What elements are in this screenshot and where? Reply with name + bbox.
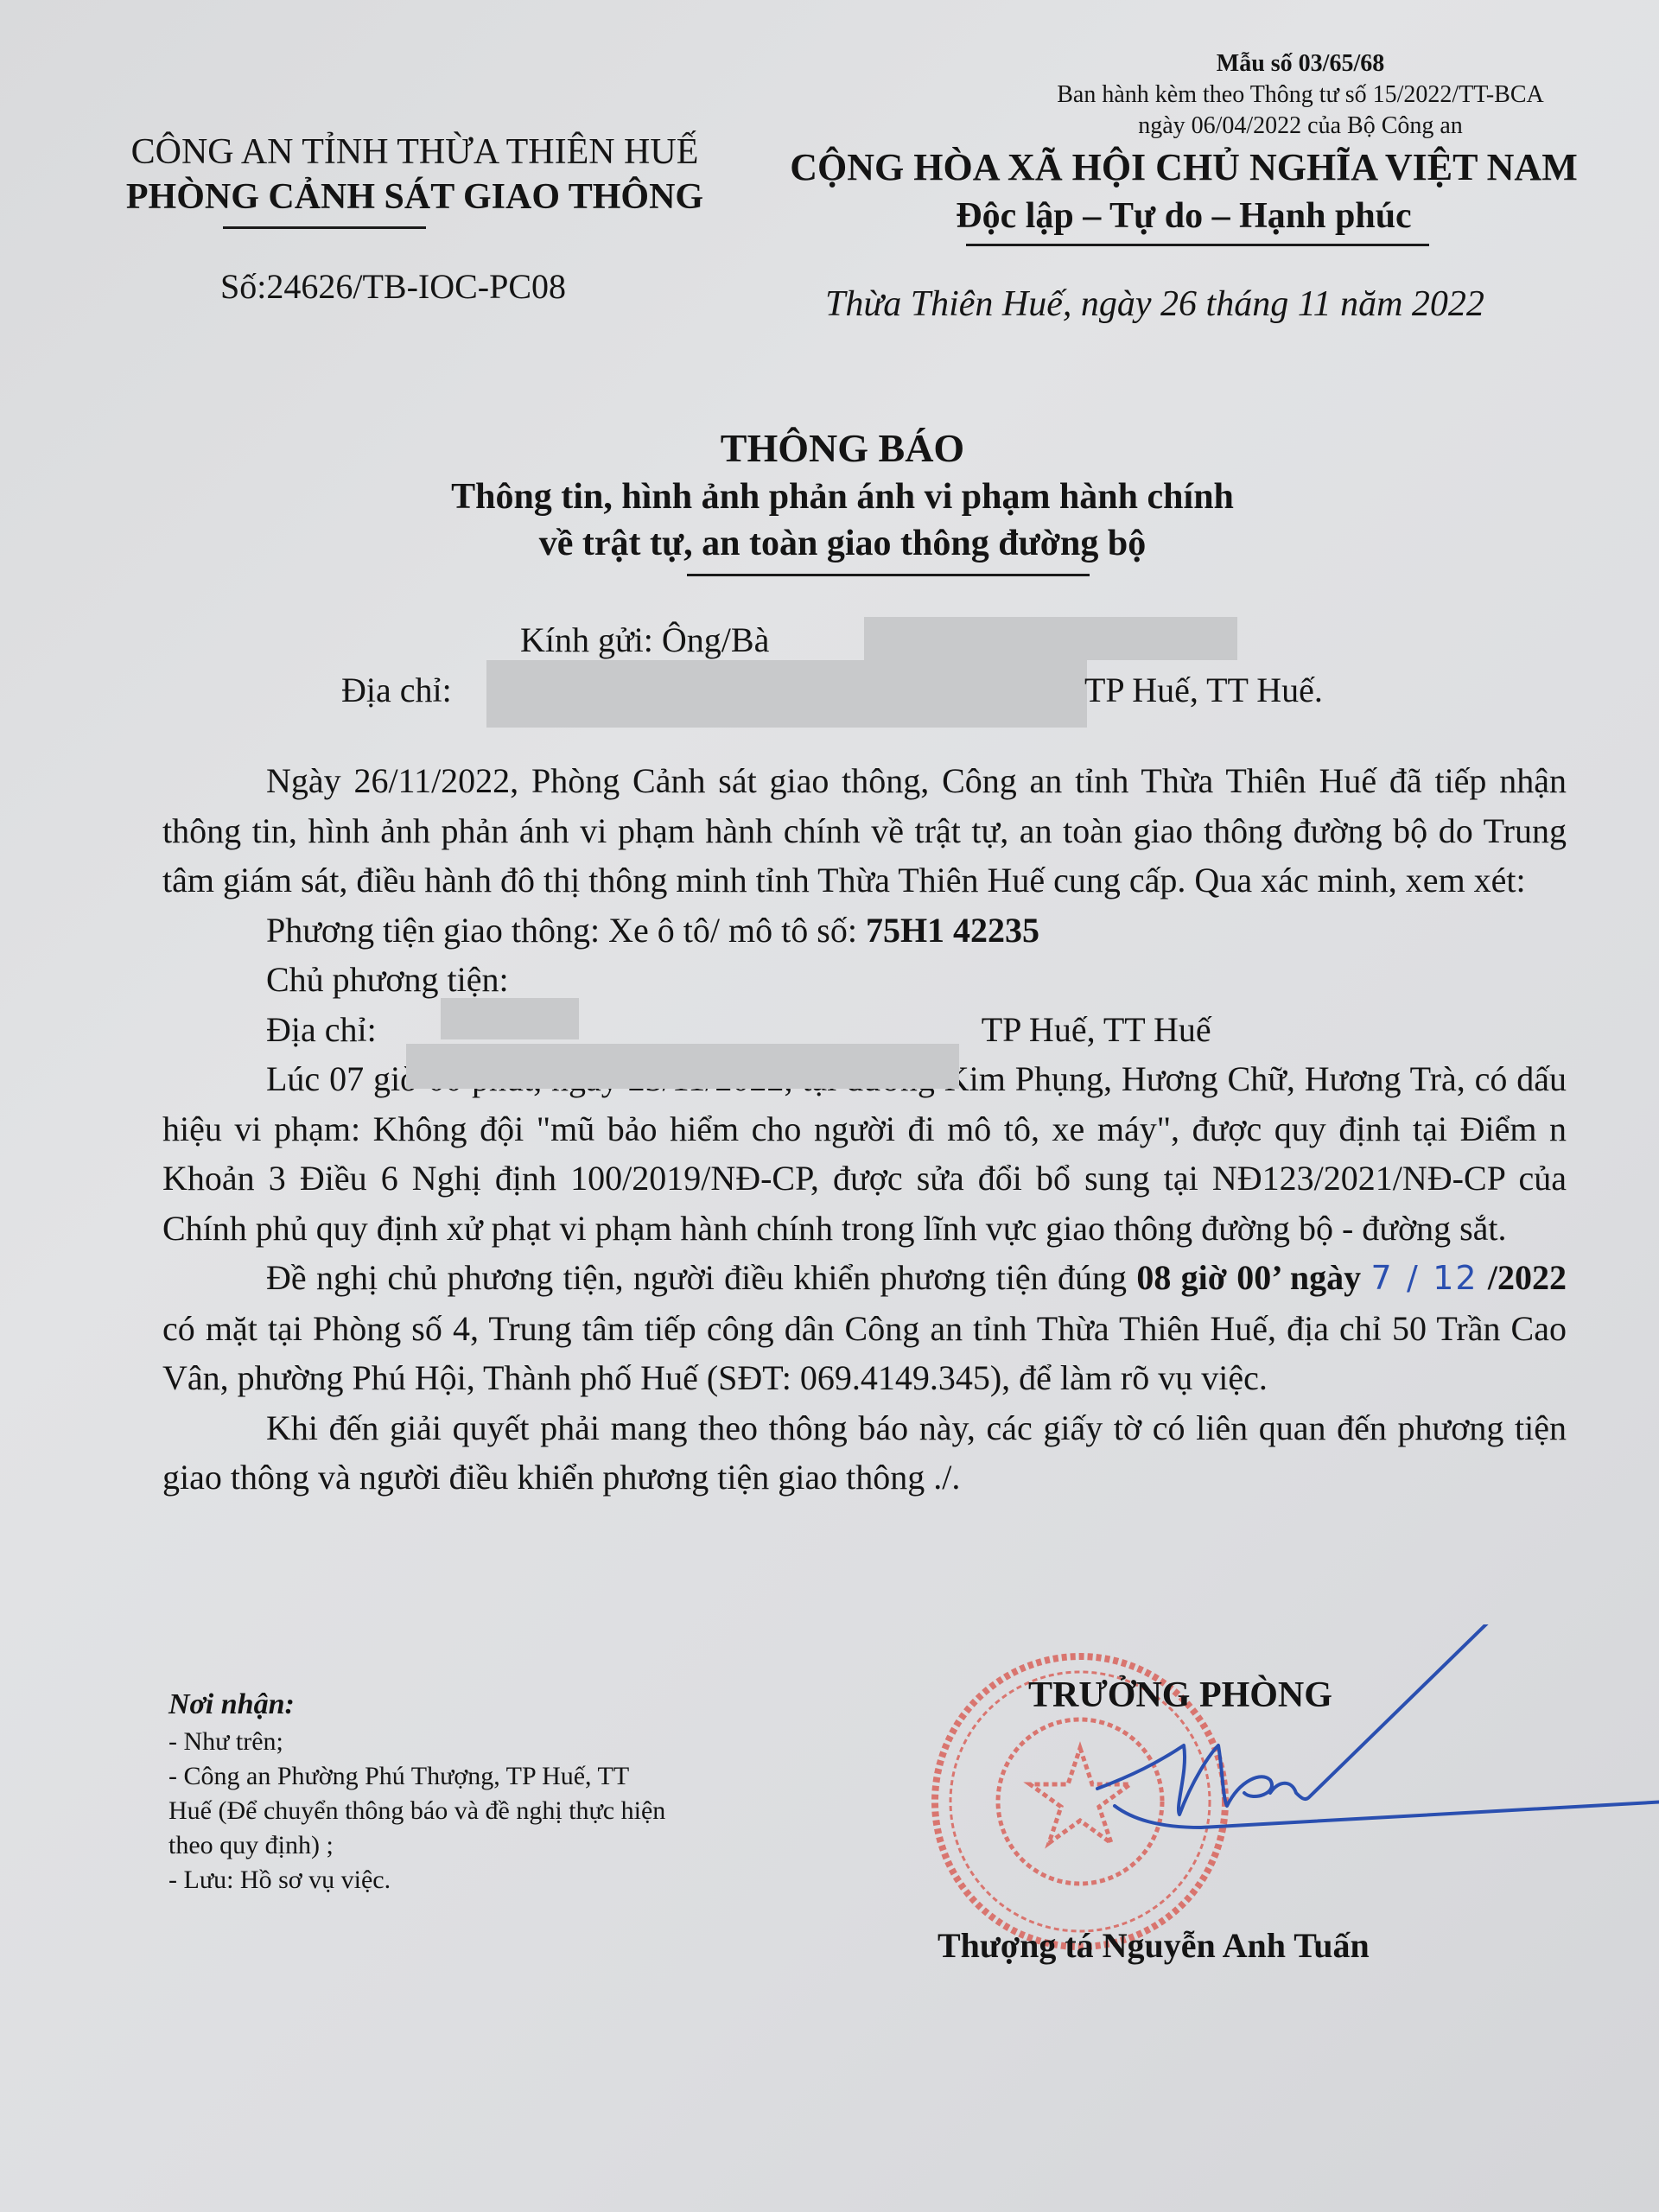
place-and-date: Thừa Thiên Huế, ngày 26 tháng 11 năm 202… bbox=[825, 283, 1484, 325]
vehicle-line: Phương tiện giao thông: Xe ô tô/ mô tô s… bbox=[162, 906, 1567, 956]
recipient-item: Huế (Để chuyển thông báo và đề nghị thực… bbox=[168, 1794, 825, 1828]
address-suffix: TP Huế, TT Huế. bbox=[1084, 665, 1323, 715]
document-title: THÔNG BÁO Thông tin, hình ảnh phản ánh v… bbox=[346, 423, 1339, 567]
owner-address-suffix: TP Huế, TT Huế bbox=[982, 1010, 1211, 1049]
redacted-recipient-name bbox=[864, 617, 1237, 660]
appointment-time: 08 giờ 00’ ngày bbox=[1136, 1258, 1361, 1297]
appointment-year: /2022 bbox=[1488, 1258, 1567, 1297]
title-divider bbox=[687, 574, 1090, 576]
document-number: Số:24626/TB-IOC-PC08 bbox=[220, 266, 566, 307]
handwritten-date: 7 / 12 bbox=[1370, 1259, 1478, 1297]
greeting-label: Kính gửi: Ông/Bà bbox=[520, 615, 769, 664]
motto-divider bbox=[966, 244, 1429, 246]
recipient-item: - Công an Phường Phú Thượng, TP Huế, TT bbox=[168, 1759, 825, 1794]
form-issued-date: ngày 06/04/2022 của Bộ Công an bbox=[959, 111, 1642, 142]
address-label: Địa chỉ: bbox=[341, 665, 452, 715]
redacted-recipient-address bbox=[486, 660, 1087, 728]
redacted-owner-name bbox=[441, 998, 579, 1039]
handwritten-signature-icon bbox=[1011, 1624, 1659, 1910]
agency-divider bbox=[223, 226, 426, 229]
title-subtitle-2: về trật tự, an toàn giao thông đường bộ bbox=[346, 520, 1339, 567]
vehicle-label: Phương tiện giao thông: Xe ô tô/ mô tô s… bbox=[266, 911, 866, 950]
issuing-agency: CÔNG AN TỈNH THỪA THIÊN HUẾ PHÒNG CẢNH S… bbox=[95, 130, 734, 219]
redacted-owner-address bbox=[406, 1044, 959, 1089]
national-header: CỘNG HÒA XÃ HỘI CHỦ NGHĨA VIỆT NAM Độc l… bbox=[769, 143, 1599, 239]
title-main: THÔNG BÁO bbox=[346, 423, 1339, 474]
owner-address-label: Địa chỉ: bbox=[266, 1010, 377, 1049]
signer-name: Thượng tá Nguyễn Anh Tuấn bbox=[938, 1925, 1370, 1966]
paragraph-requirements: Khi đến giải quyết phải mang theo thông … bbox=[162, 1403, 1567, 1503]
paragraph-summons: Đề nghị chủ phương tiện, người điều khiể… bbox=[162, 1253, 1567, 1403]
owner-label: Chủ phương tiện: bbox=[266, 960, 509, 999]
national-motto: Độc lập – Tự do – Hạnh phúc bbox=[769, 193, 1599, 239]
form-number: Mẫu số 03/65/68 bbox=[959, 48, 1642, 79]
recipient-item: - Như trên; bbox=[168, 1725, 825, 1759]
parent-agency: CÔNG AN TỈNH THỪA THIÊN HUẾ bbox=[95, 130, 734, 175]
notice-body: Ngày 26/11/2022, Phòng Cảnh sát giao thô… bbox=[162, 756, 1567, 1503]
form-reference: Mẫu số 03/65/68 Ban hành kèm theo Thông … bbox=[959, 48, 1642, 142]
recipient-item: - Lưu: Hồ sơ vụ việc. bbox=[168, 1863, 825, 1897]
paragraph-intake: Ngày 26/11/2022, Phòng Cảnh sát giao thô… bbox=[162, 756, 1567, 906]
country-name: CỘNG HÒA XÃ HỘI CHỦ NGHĨA VIỆT NAM bbox=[769, 143, 1599, 193]
form-issued-by: Ban hành kèm theo Thông tư số 15/2022/TT… bbox=[959, 79, 1642, 111]
recipient-item: theo quy định) ; bbox=[168, 1828, 825, 1863]
department-name: PHÒNG CẢNH SÁT GIAO THÔNG bbox=[95, 175, 734, 219]
license-plate: 75H1 42235 bbox=[866, 911, 1039, 950]
title-subtitle-1: Thông tin, hình ảnh phản ánh vi phạm hàn… bbox=[346, 474, 1339, 520]
recipients-list: Nơi nhận: - Như trên; - Công an Phường P… bbox=[168, 1685, 825, 1897]
recipients-heading: Nơi nhận: bbox=[168, 1685, 825, 1725]
owner-line: Chủ phương tiện: bbox=[162, 955, 1567, 1005]
